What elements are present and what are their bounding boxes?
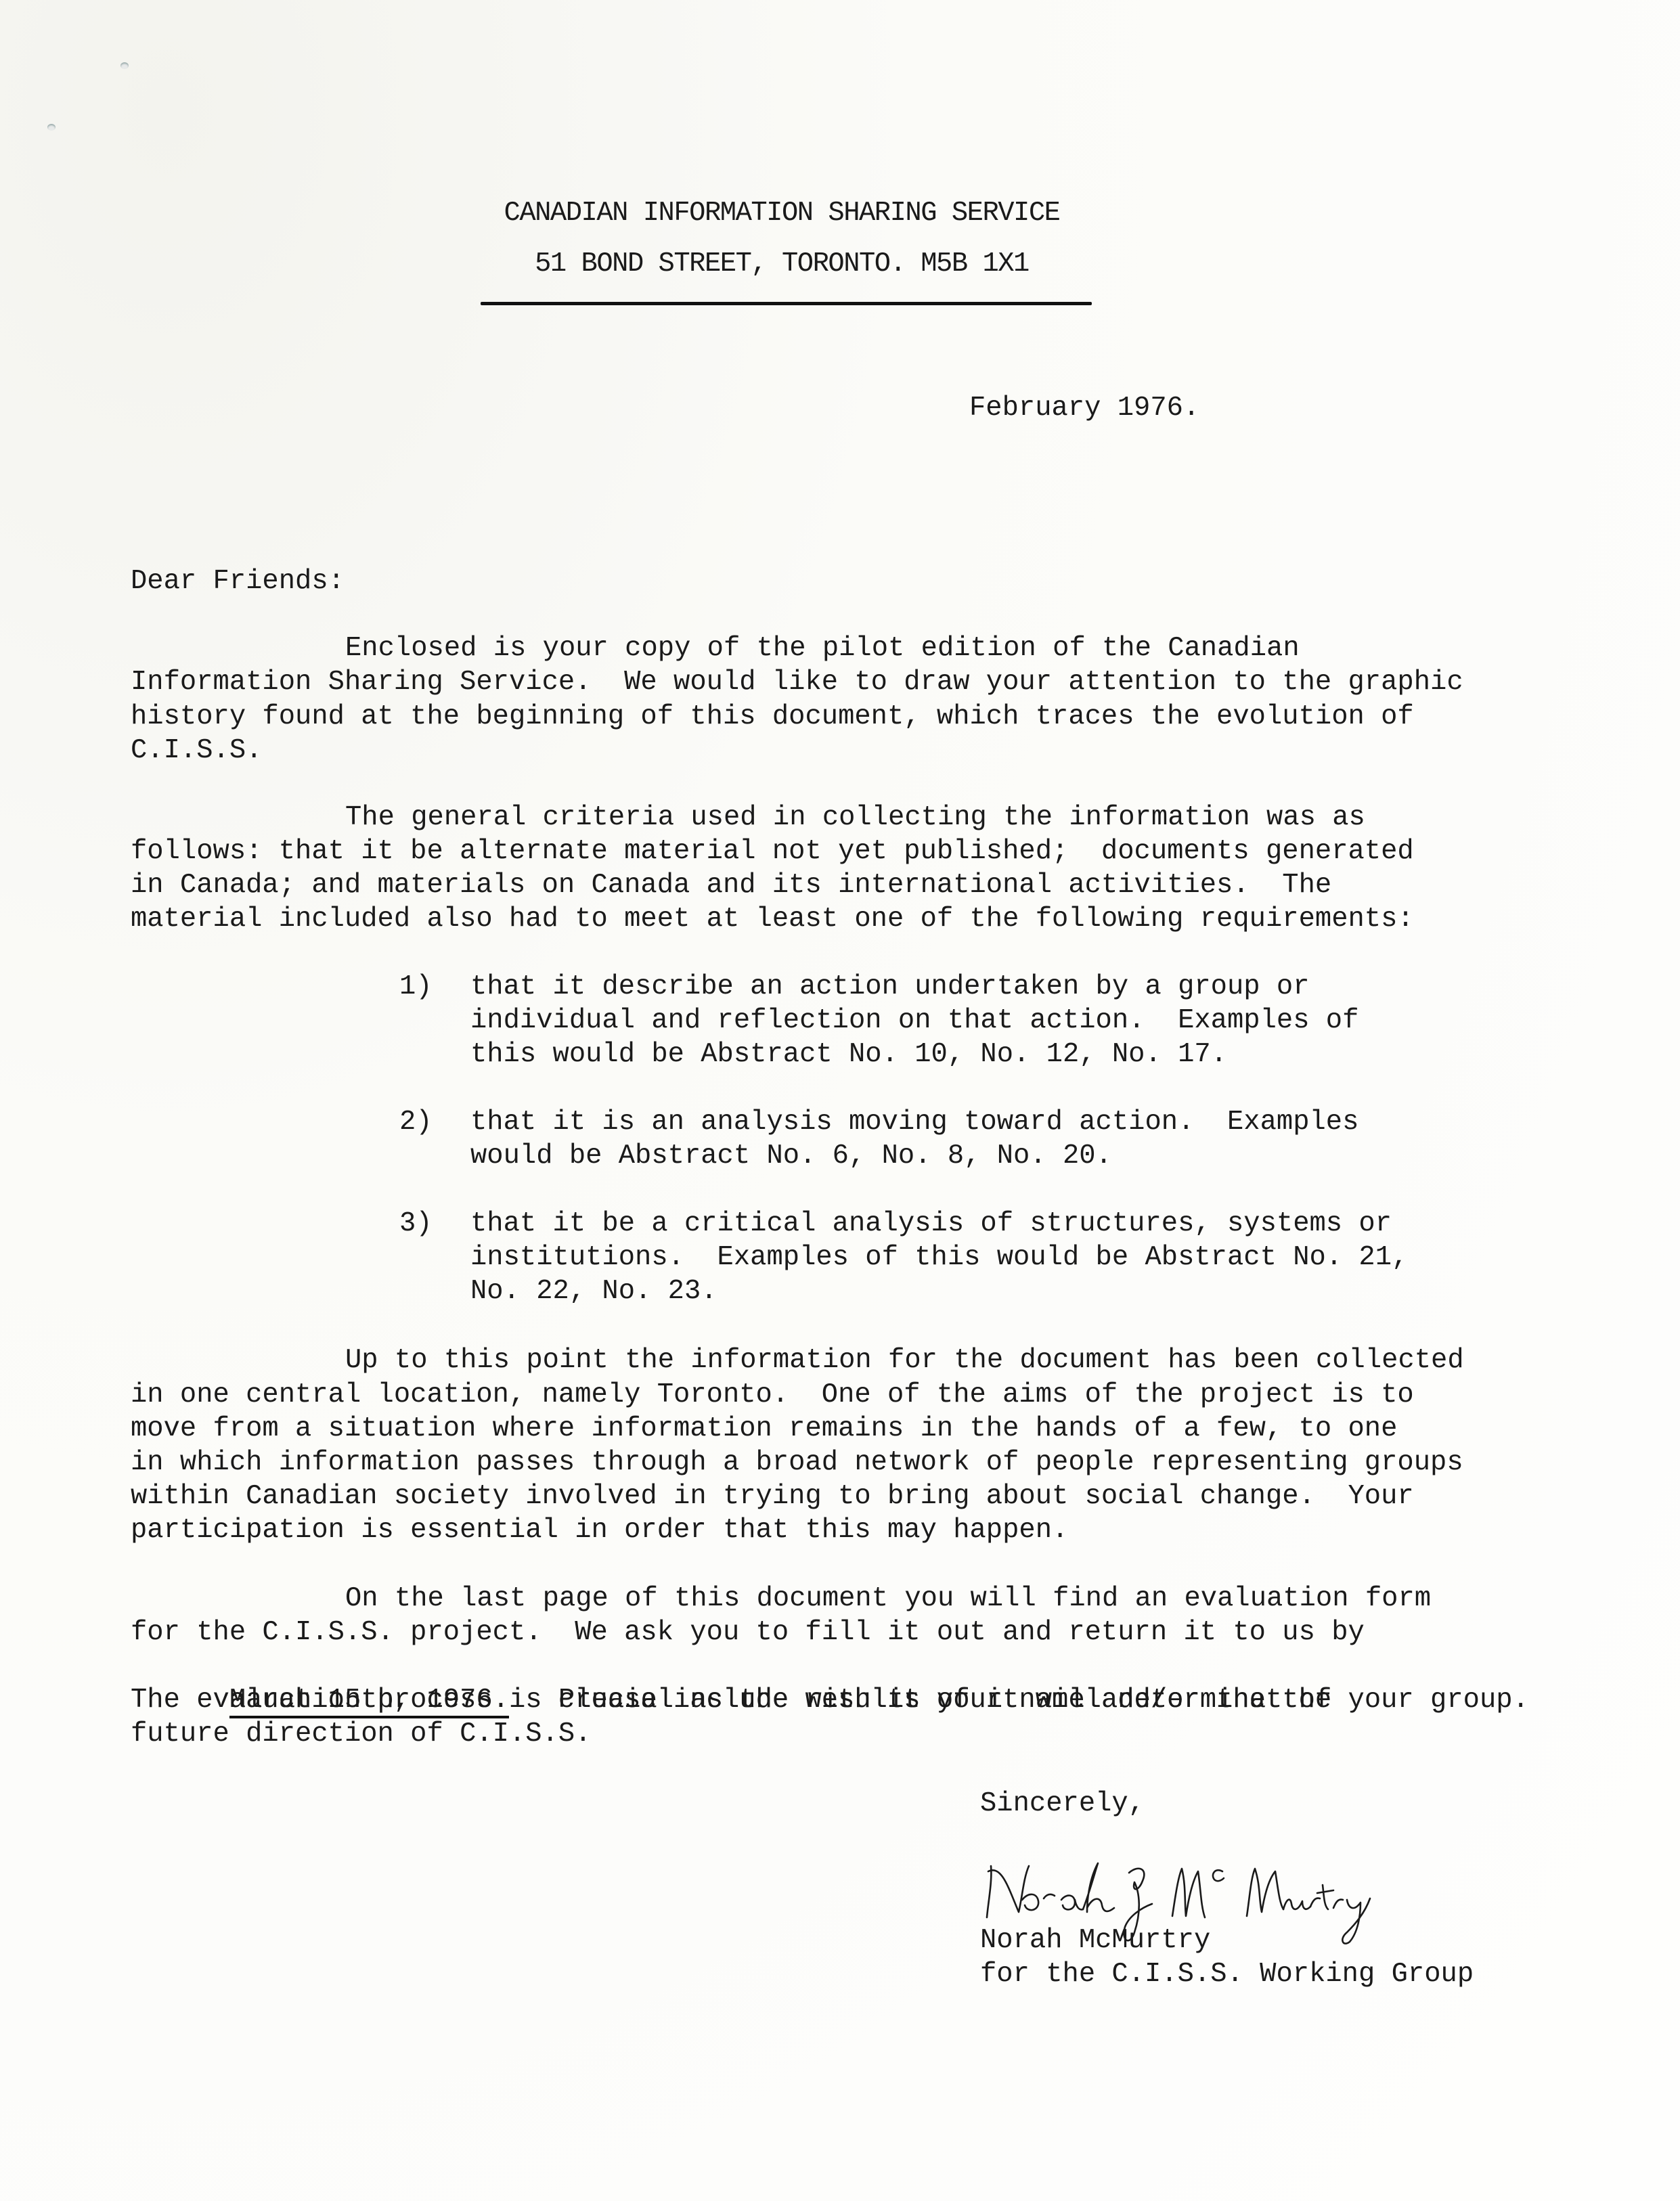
requirement-line: individual and reflection on that action…: [470, 1004, 1358, 1038]
requirement-number: 2): [399, 1105, 433, 1139]
signatory-title: for the C.I.S.S. Working Group: [980, 1957, 1474, 1991]
paragraph-line: within Canadian society involved in tryi…: [131, 1480, 1414, 1513]
paragraph-line: participation is essential in order that…: [131, 1513, 1068, 1547]
paragraph-line: follows: that it be alternate material n…: [131, 835, 1414, 868]
paragraph-line: future direction of C.I.S.S.: [131, 1717, 592, 1751]
paragraph-line: in one central location, namely Toronto.…: [131, 1378, 1414, 1412]
paragraph-line: in which information passes through a br…: [131, 1446, 1463, 1480]
paragraph-line: material included also had to meet at le…: [131, 902, 1414, 936]
paragraph-line: C.I.S.S.: [131, 734, 262, 768]
letter-date: February 1976.: [969, 391, 1199, 425]
valediction: Sincerely,: [980, 1787, 1145, 1821]
paragraph-line: Information Sharing Service. We would li…: [131, 665, 1463, 699]
requirement-line: institutions. Examples of this would be …: [470, 1241, 1408, 1274]
paragraph-line: The general criteria used in collecting …: [345, 801, 1365, 835]
signatory-name: Norah McMurtry: [980, 1924, 1210, 1957]
paragraph-line: for the C.I.S.S. project. We ask you to …: [131, 1616, 1365, 1649]
letter-page: CANADIAN INFORMATION SHARING SERVICE 51 …: [0, 0, 1680, 2201]
requirement-line: that it be a critical analysis of struct…: [470, 1207, 1392, 1241]
paragraph-line: Enclosed is your copy of the pilot editi…: [345, 631, 1300, 665]
punch-hole: [47, 124, 56, 131]
paragraph-line: in Canada; and materials on Canada and i…: [131, 868, 1331, 902]
salutation: Dear Friends:: [131, 564, 345, 598]
letterhead-address: 51 BOND STREET, TORONTO. M5B 1X1: [410, 248, 1154, 280]
requirement-line: No. 22, No. 23.: [470, 1274, 717, 1308]
requirement-line: this would be Abstract No. 10, No. 12, N…: [470, 1038, 1227, 1071]
requirement-number: 1): [399, 970, 433, 1004]
letterhead-organization: CANADIAN INFORMATION SHARING SERVICE: [410, 198, 1154, 229]
letterhead-divider: [481, 302, 1092, 305]
paragraph-line: Up to this point the information for the…: [345, 1343, 1464, 1377]
paragraph-line: On the last page of this document you wi…: [345, 1582, 1431, 1616]
punch-hole: [120, 62, 129, 69]
requirement-line: that it describe an action undertaken by…: [470, 970, 1310, 1004]
paragraph-line: history found at the beginning of this d…: [131, 700, 1414, 734]
requirement-line: would be Abstract No. 6, No. 8, No. 20.: [470, 1139, 1112, 1173]
paragraph-line: The evaluation process is crucial as the…: [131, 1683, 1331, 1717]
requirement-line: that it is an analysis moving toward act…: [470, 1105, 1358, 1139]
paragraph-line: move from a situation where information …: [131, 1412, 1397, 1446]
requirement-number: 3): [399, 1207, 433, 1241]
